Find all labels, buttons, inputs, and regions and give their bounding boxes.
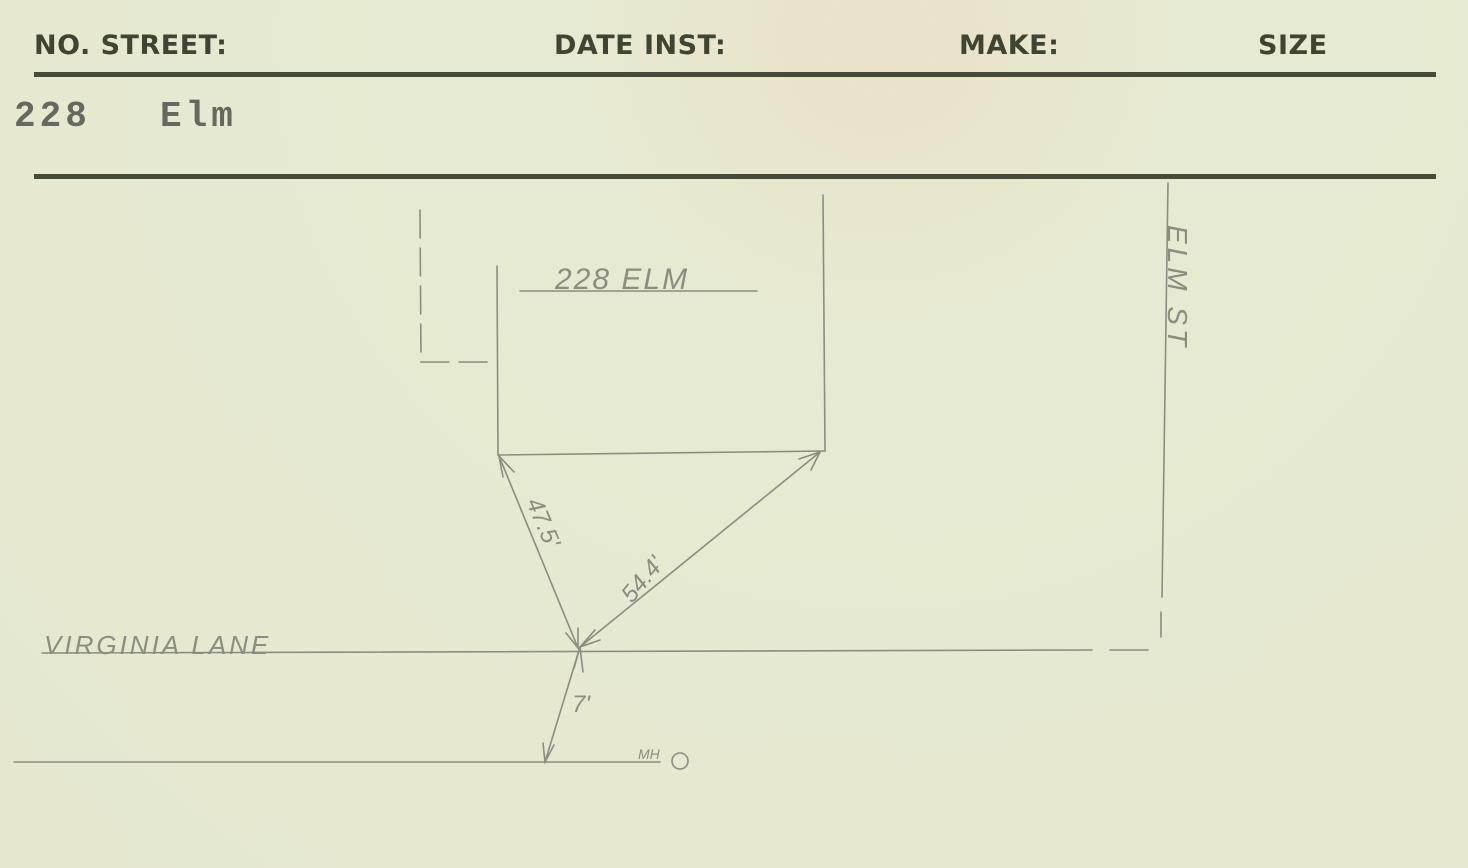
front-street-label: VIRGINIA LANE — [44, 630, 271, 660]
measurement-54-line — [580, 452, 820, 647]
house-outline — [497, 195, 825, 455]
record-card: NO. STREET: DATE INST: MAKE: SIZE 228 El… — [0, 0, 1468, 868]
measurement-47-line — [499, 456, 578, 648]
manhole-label: MH — [638, 746, 661, 762]
distance-7-label: 7' — [572, 691, 591, 718]
side-street-label: ELM ST — [1162, 225, 1193, 350]
house-label: 228 ELM — [554, 263, 689, 296]
site-sketch: 228 ELM ELM ST VIRGINIA LANE 47.5' 54.4'… — [0, 0, 1468, 868]
distance-54-label: 54.4' — [616, 550, 671, 608]
dashed-addition — [420, 210, 497, 362]
manhole-icon — [672, 753, 688, 769]
